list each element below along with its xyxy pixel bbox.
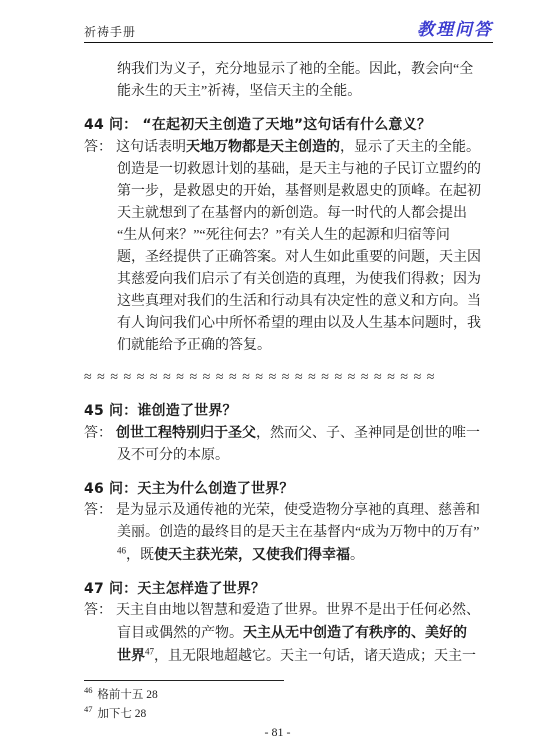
text-line: 能永生的天主”祈祷，坚信天主的全能。: [84, 81, 493, 103]
footnotes: 46 格前十五 2847 加下七 28: [84, 686, 493, 724]
body-text: 创造是一切救恩计划的基础，是天主与祂的子民订立盟约的: [117, 162, 481, 177]
body-text: ，然而父、子、圣神同是创世的唯一: [256, 426, 480, 441]
body-text: 。: [350, 548, 364, 563]
text-line: 有人询问我们心中所怀希望的理由以及人生基本问题时，我: [84, 313, 493, 335]
running-title-left: 祈祷手册: [84, 23, 136, 40]
text-line: 这些真理对我们的生活和行动具有决定性的意义和方向。当: [84, 291, 493, 313]
emphasized-text: 世界: [117, 648, 145, 664]
emphasized-text: 天主从无中创造了有秩序的、美好的: [243, 625, 467, 641]
emphasized-text: 天地万物都是天主创造的: [186, 139, 340, 155]
footnote-rule: [84, 680, 284, 681]
answer-prefix: 答：: [84, 140, 116, 155]
content-blocks: 纳我们为义子，充分地显示了祂的全能。因此，教会向“全能永生的天主”祈祷，坚信天主…: [84, 59, 493, 668]
answer-prefix: 答：: [84, 426, 116, 441]
running-title-right: 教理问答: [417, 15, 493, 40]
emphasized-text: 使天主获光荣，又使我们得幸福: [154, 547, 350, 563]
emphasized-text: 创世工程特别归于圣父: [116, 425, 256, 441]
page-number: - 81 -: [0, 725, 555, 740]
header-rule: [84, 42, 493, 43]
footnote: 47 加下七 28: [84, 705, 493, 724]
body-text: 44 问： “在起初天主创造了天地”这句话有什么意义？: [84, 117, 431, 133]
body-text: 这句话表明: [116, 140, 186, 155]
text-line: 第一步，是救恩史的开始，基督则是救恩史的顶峰。在起初: [84, 181, 493, 203]
question-heading: 45 问：谁创造了世界？: [84, 400, 493, 422]
text-line: 们就能给予正确的答复。: [84, 335, 493, 357]
footnote-ref: 47: [145, 646, 154, 656]
answer-block: 答：是为显示及通传祂的光荣，使受造物分享祂的真理、慈善和美丽。创造的最终目的是天…: [84, 500, 493, 567]
text-line: 纳我们为义子，充分地显示了祂的全能。因此，教会向“全: [84, 59, 493, 81]
body-text: 这些真理对我们的生活和行动具有决定性的意义和方向。当: [117, 294, 481, 309]
body-text: 天主就想到了在基督内的新创造。每一时代的人都会提出: [117, 206, 467, 221]
document-page: 祈祷手册 教理问答 纳我们为义子，充分地显示了祂的全能。因此，教会向“全能永生的…: [0, 0, 555, 753]
question-heading: 47 问：天主怎样造了世界？: [84, 578, 493, 600]
body-text: ，且无限地超越它。天主一句话，诸天造成；天主一: [154, 649, 476, 664]
body-text: 题，圣经提供了正确答案。对人生如此重要的问题，天主因: [117, 250, 481, 265]
text-line: 盲目或偶然的产物。天主从无中创造了有秩序的、美好的: [84, 622, 493, 645]
body-text: 能永生的天主”祈祷，坚信天主的全能。: [117, 84, 361, 99]
body-text: ，显示了天主的全能。: [340, 140, 480, 155]
body-text: 盲目或偶然的产物。: [117, 626, 243, 641]
text-line: 其慈爱向我们启示了有关创造的真理，为使我们得救；因为: [84, 269, 493, 291]
body-text: 们就能给予正确的答复。: [117, 338, 271, 353]
text-line: 天主就想到了在基督内的新创造。每一时代的人都会提出: [84, 203, 493, 225]
text-line: 世界47，且无限地超越它。天主一句话，诸天造成；天主一: [84, 645, 493, 668]
question-heading: 46 问：天主为什么创造了世界？: [84, 478, 493, 500]
footnote-text: 加下七 28: [95, 708, 147, 720]
text-line: 题，圣经提供了正确答案。对人生如此重要的问题，天主因: [84, 247, 493, 269]
text-line: 答：是为显示及通传祂的光荣，使受造物分享祂的真理、慈善和: [84, 500, 493, 522]
answer-block: 答：创世工程特别归于圣父，然而父、子、圣神同是创世的唯一及不可分的本原。: [84, 422, 493, 467]
page-header: 祈祷手册 教理问答: [84, 16, 493, 40]
answer-prefix: 答：: [84, 503, 116, 518]
text-line: 美丽。创造的最终目的是天主在基督内“成为万物中的万有”: [84, 522, 493, 544]
body-text: 46 问：天主为什么创造了世界？: [84, 481, 294, 497]
text-line: 及不可分的本原。: [84, 445, 493, 467]
body-text: 其慈爱向我们启示了有关创造的真理，为使我们得救；因为: [117, 272, 481, 287]
footnote-marker: 47: [84, 704, 95, 714]
footnote-marker: 46: [84, 685, 95, 695]
body-text: 第一步，是救恩史的开始，基督则是救恩史的顶峰。在起初: [117, 184, 481, 199]
text-line: 46，既使天主获光荣，又使我们得幸福。: [84, 544, 493, 567]
continuation-block: 纳我们为义子，充分地显示了祂的全能。因此，教会向“全能永生的天主”祈祷，坚信天主…: [84, 59, 493, 103]
text-line: 答：这句话表明天地万物都是天主创造的，显示了天主的全能。: [84, 136, 493, 159]
body-text: 天主自由地以智慧和爱造了世界。世界不是出于任何必然、: [116, 603, 480, 618]
question-heading: 44 问： “在起初天主创造了天地”这句话有什么意义？: [84, 114, 493, 136]
footnote-ref: 46: [117, 545, 126, 555]
body-text: 是为显示及通传祂的光荣，使受造物分享祂的真理、慈善和: [116, 503, 480, 518]
answer-block: 答：这句话表明天地万物都是天主创造的，显示了天主的全能。创造是一切救恩计划的基础…: [84, 136, 493, 357]
footnote-text: 格前十五 28: [95, 689, 158, 701]
body-text: ，既: [126, 548, 154, 563]
body-text: 及不可分的本原。: [117, 448, 229, 463]
text-line: 答：创世工程特别归于圣父，然而父、子、圣神同是创世的唯一: [84, 422, 493, 445]
wavy-separator: ≈≈≈≈≈≈≈≈≈≈≈≈≈≈≈≈≈≈≈≈≈≈≈≈≈≈≈: [84, 367, 493, 389]
body-text: 有人询问我们心中所怀希望的理由以及人生基本问题时，我: [117, 316, 481, 331]
answer-block: 答：天主自由地以智慧和爱造了世界。世界不是出于任何必然、盲目或偶然的产物。天主从…: [84, 600, 493, 668]
body-text: 纳我们为义子，充分地显示了祂的全能。因此，教会向“全: [117, 62, 473, 77]
body-text: 47 问：天主怎样造了世界？: [84, 581, 265, 597]
answer-prefix: 答：: [84, 603, 116, 618]
text-line: 答：天主自由地以智慧和爱造了世界。世界不是出于任何必然、: [84, 600, 493, 622]
footnote: 46 格前十五 28: [84, 686, 493, 705]
body-text: 美丽。创造的最终目的是天主在基督内“成为万物中的万有”: [117, 525, 479, 540]
body-text: “生从何来？”“死往何去？”有关人生的起源和归宿等问: [117, 228, 450, 243]
text-line: 创造是一切救恩计划的基础，是天主与祂的子民订立盟约的: [84, 159, 493, 181]
body-text: 45 问：谁创造了世界？: [84, 403, 237, 419]
text-line: “生从何来？”“死往何去？”有关人生的起源和归宿等问: [84, 225, 493, 247]
